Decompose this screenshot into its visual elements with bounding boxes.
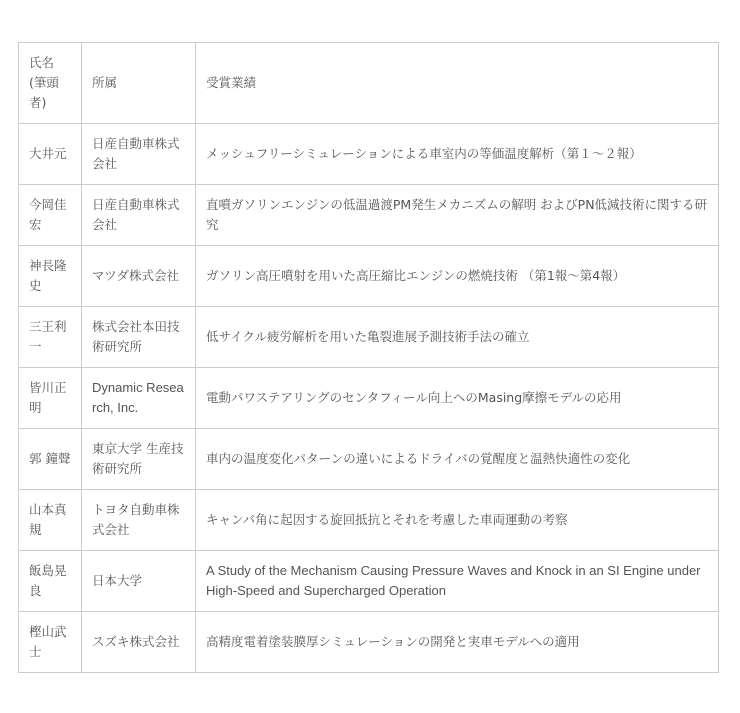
cell-affiliation: 日産自動車株式会社 bbox=[82, 185, 196, 246]
cell-affiliation: マツダ株式会社 bbox=[82, 246, 196, 307]
cell-affiliation: 株式会社本田技術研究所 bbox=[82, 307, 196, 368]
table-row: 山本真規 トヨタ自動車株式会社 キャンバ角に起因する旋回抵抗とそれを考慮した車両… bbox=[19, 490, 719, 551]
table-row: 郭 鐘聲 東京大学 生産技術研究所 車内の温度変化パターンの違いによるドライバの… bbox=[19, 429, 719, 490]
cell-work: A Study of the Mechanism Causing Pressur… bbox=[196, 551, 719, 612]
table-row: 大井元 日産自動車株式会社 メッシュフリーシミュレーションによる車室内の等価温度… bbox=[19, 124, 719, 185]
awards-table: 氏名(筆頭者) 所属 受賞業績 大井元 日産自動車株式会社 メッシュフリーシミュ… bbox=[18, 42, 719, 673]
table-row: 飯島晃良 日本大学 A Study of the Mechanism Causi… bbox=[19, 551, 719, 612]
table-row: 樫山武士 スズキ株式会社 高精度電着塗装膜厚シミュレーションの開発と実車モデルへ… bbox=[19, 612, 719, 673]
cell-name: 大井元 bbox=[19, 124, 82, 185]
table-row: 皆川正明 Dynamic Research, Inc. 電動パワステアリングのセ… bbox=[19, 368, 719, 429]
cell-name: 飯島晃良 bbox=[19, 551, 82, 612]
cell-work: 直噴ガソリンエンジンの低温過渡PM発生メカニズムの解明 およびPN低減技術に関す… bbox=[196, 185, 719, 246]
cell-work: 低サイクル疲労解析を用いた亀裂進展予測技術手法の確立 bbox=[196, 307, 719, 368]
cell-work: 車内の温度変化パターンの違いによるドライバの覚醒度と温熱快適性の変化 bbox=[196, 429, 719, 490]
header-name: 氏名(筆頭者) bbox=[19, 43, 82, 124]
cell-affiliation: トヨタ自動車株式会社 bbox=[82, 490, 196, 551]
cell-work: 電動パワステアリングのセンタフィール向上へのMasing摩擦モデルの応用 bbox=[196, 368, 719, 429]
cell-name: 樫山武士 bbox=[19, 612, 82, 673]
cell-work: キャンバ角に起因する旋回抵抗とそれを考慮した車両運動の考察 bbox=[196, 490, 719, 551]
cell-work: ガソリン高圧噴射を用いた高圧縮比エンジンの燃焼技術 （第1報～第4報） bbox=[196, 246, 719, 307]
cell-name: 郭 鐘聲 bbox=[19, 429, 82, 490]
cell-affiliation: 東京大学 生産技術研究所 bbox=[82, 429, 196, 490]
cell-name: 皆川正明 bbox=[19, 368, 82, 429]
table-row: 神長隆史 マツダ株式会社 ガソリン高圧噴射を用いた高圧縮比エンジンの燃焼技術 （… bbox=[19, 246, 719, 307]
cell-affiliation: 日産自動車株式会社 bbox=[82, 124, 196, 185]
cell-affiliation: 日本大学 bbox=[82, 551, 196, 612]
cell-affiliation: スズキ株式会社 bbox=[82, 612, 196, 673]
cell-affiliation: Dynamic Research, Inc. bbox=[82, 368, 196, 429]
table-row: 三王利一 株式会社本田技術研究所 低サイクル疲労解析を用いた亀裂進展予測技術手法… bbox=[19, 307, 719, 368]
cell-name: 神長隆史 bbox=[19, 246, 82, 307]
cell-work: 高精度電着塗装膜厚シミュレーションの開発と実車モデルへの適用 bbox=[196, 612, 719, 673]
cell-name: 三王利一 bbox=[19, 307, 82, 368]
cell-work: メッシュフリーシミュレーションによる車室内の等価温度解析（第１～２報） bbox=[196, 124, 719, 185]
cell-name: 今岡佳宏 bbox=[19, 185, 82, 246]
header-affiliation: 所属 bbox=[82, 43, 196, 124]
table-header-row: 氏名(筆頭者) 所属 受賞業績 bbox=[19, 43, 719, 124]
table-row: 今岡佳宏 日産自動車株式会社 直噴ガソリンエンジンの低温過渡PM発生メカニズムの… bbox=[19, 185, 719, 246]
cell-name: 山本真規 bbox=[19, 490, 82, 551]
header-work: 受賞業績 bbox=[196, 43, 719, 124]
